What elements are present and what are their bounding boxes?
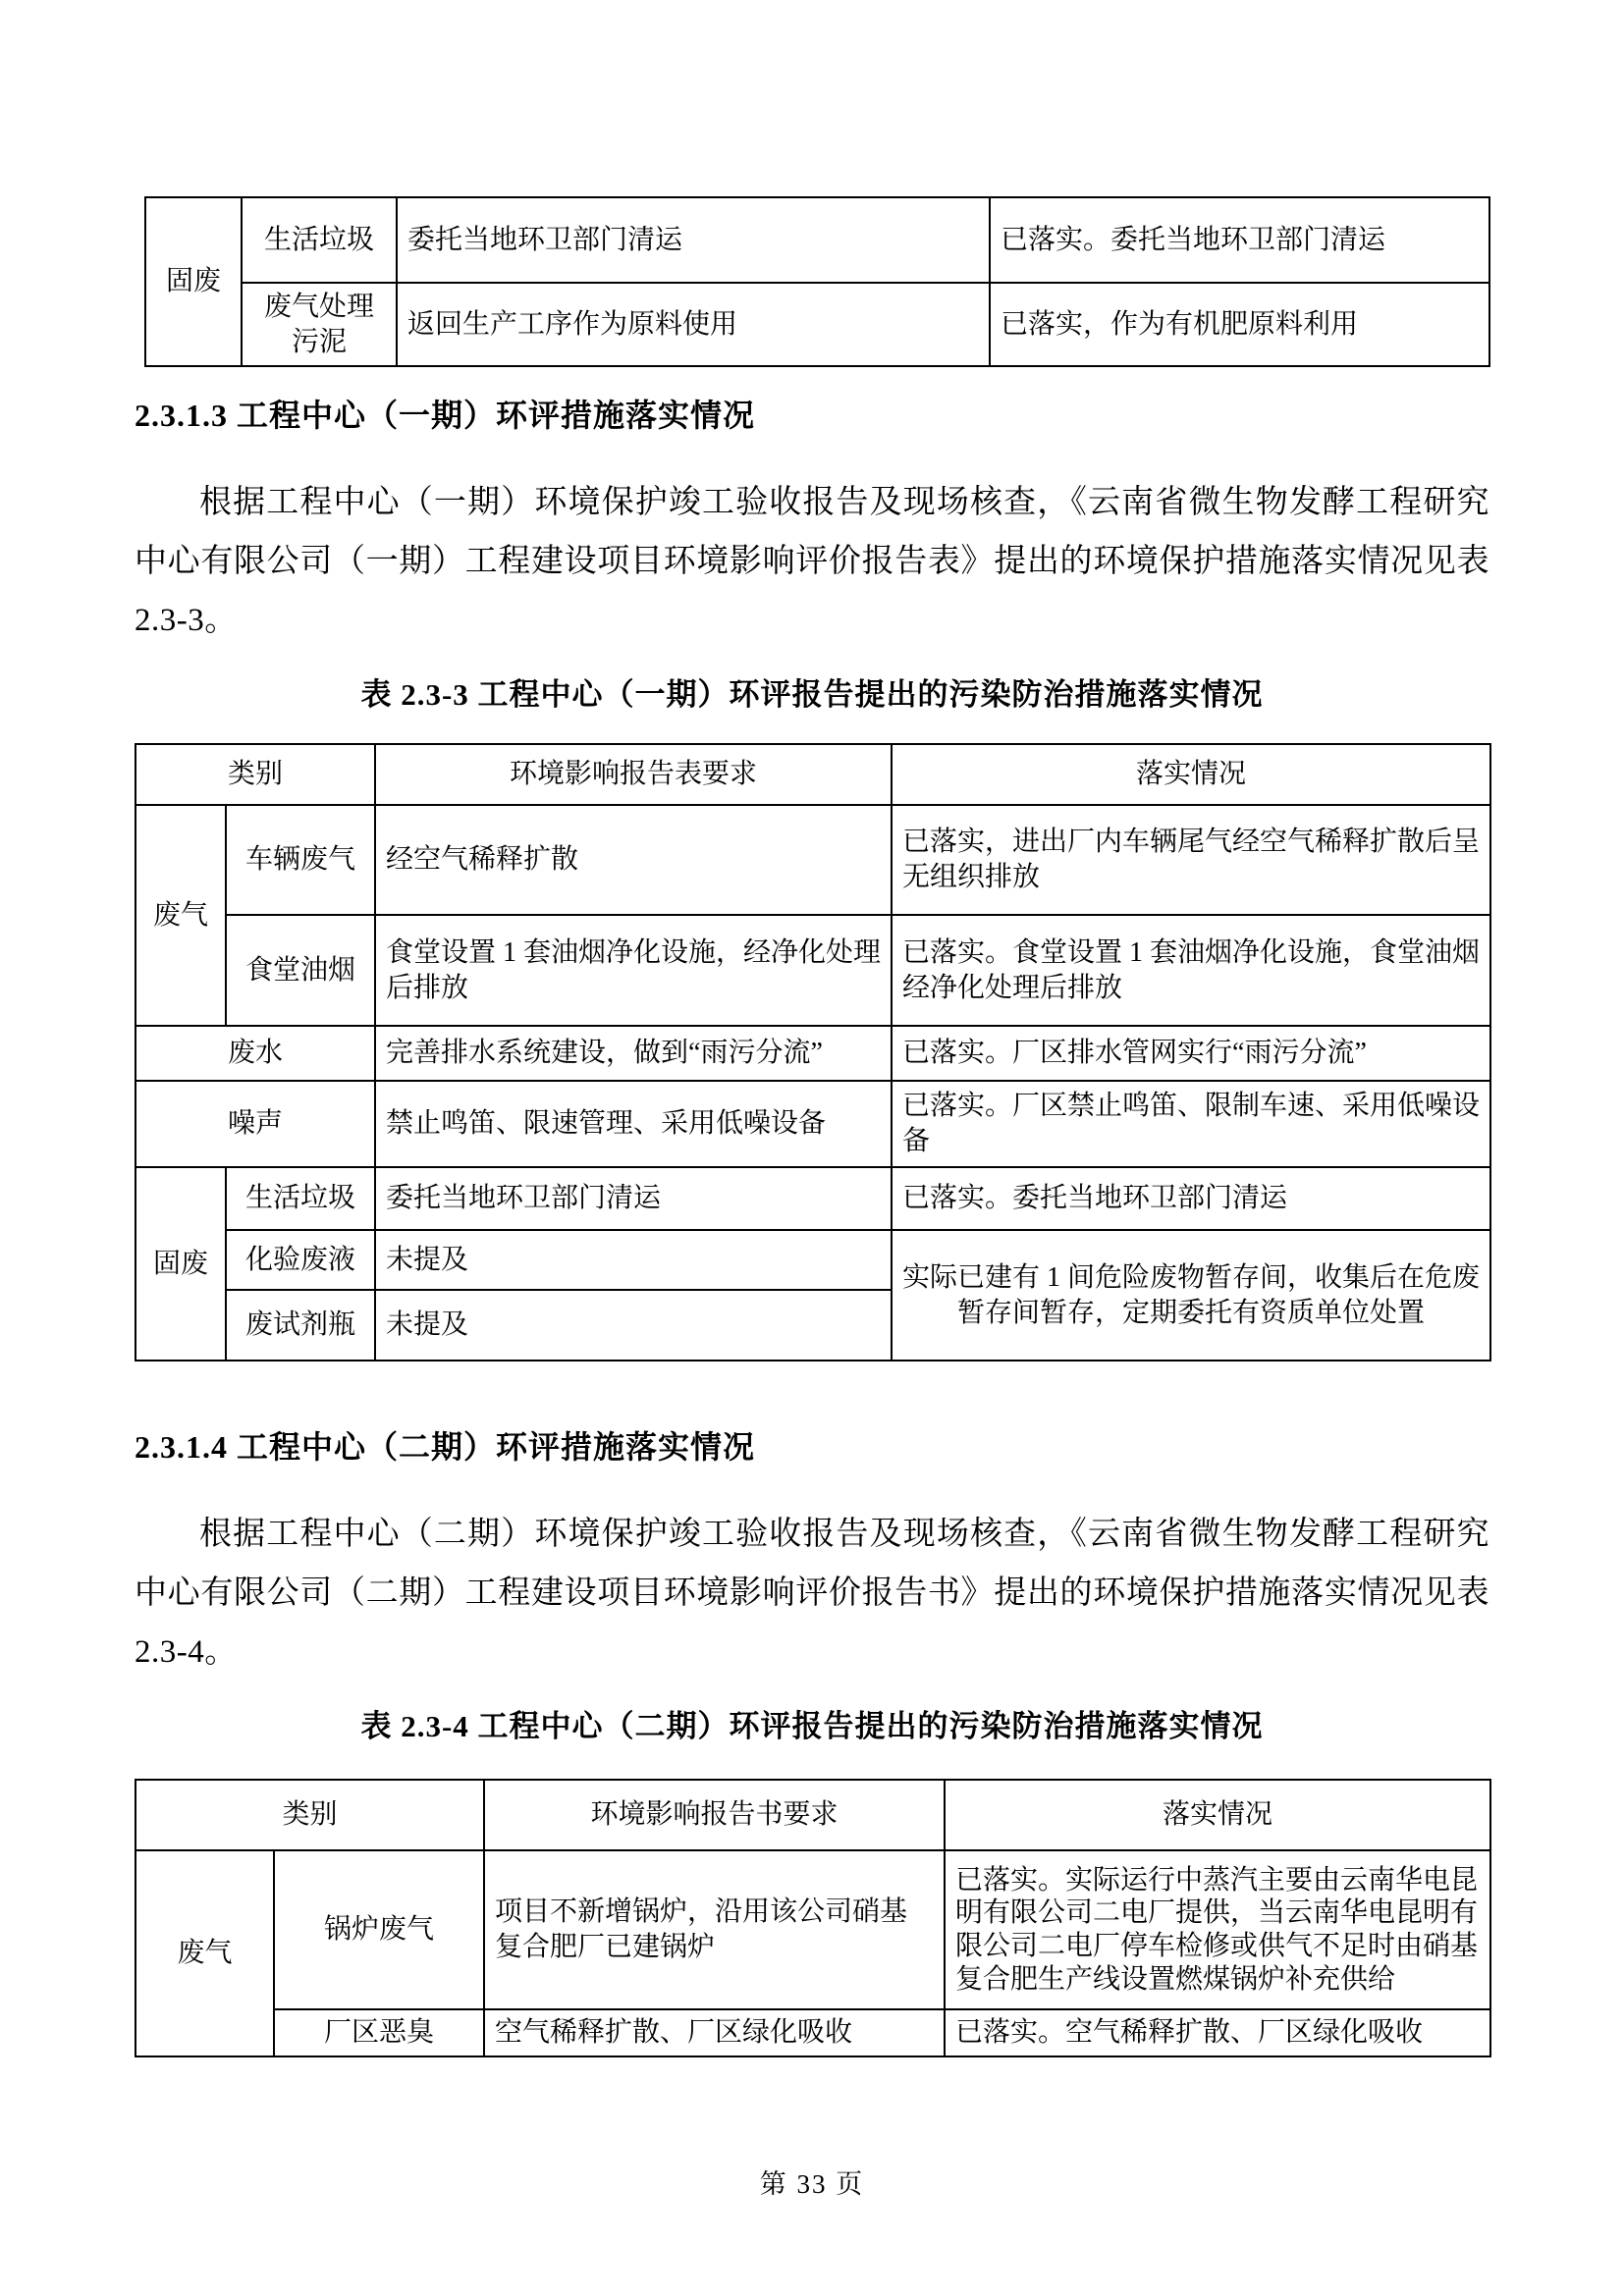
table-2-3-3: 类别 环境影响报告表要求 落实情况 废气 车辆废气 经空气稀释扩散 已落实，进出… [135,743,1491,1362]
merged-status-cell: 实际已建有 1 间危险废物暂存间，收集后在危废暂存间暂存，定期委托有资质单位处置 [892,1230,1490,1361]
requirement-cell: 项目不新增锅炉，沿用该公司硝基复合肥厂已建锅炉 [484,1850,945,2009]
header-status: 落实情况 [892,744,1490,805]
table-row: 固废 生活垃圾 委托当地环卫部门清运 已落实。委托当地环卫部门清运 [135,1167,1490,1230]
category-cell: 固废 [135,1167,226,1361]
section-paragraph: 根据工程中心（二期）环境保护竣工验收报告及现场核查，《云南省微生物发酵工程研究中… [135,1505,1489,1682]
requirement-cell: 委托当地环卫部门清运 [397,197,990,283]
subcategory-cell: 厂区恶臭 [274,2009,484,2056]
status-cell: 已落实，作为有机肥原料利用 [990,283,1489,366]
table-row: 固废 生活垃圾 委托当地环卫部门清运 已落实。委托当地环卫部门清运 [145,197,1489,283]
table-row: 废水 完善排水系统建设，做到“雨污分流” 已落实。厂区排水管网实行“雨污分流” [135,1026,1490,1081]
table-header-row: 类别 环境影响报告书要求 落实情况 [135,1780,1490,1850]
table-row: 噪声 禁止鸣笛、限速管理、采用低噪设备 已落实。厂区禁止鸣笛、限制车速、采用低噪… [135,1081,1490,1167]
requirement-cell: 返回生产工序作为原料使用 [397,283,990,366]
header-requirement: 环境影响报告表要求 [375,744,892,805]
page-content: 固废 生活垃圾 委托当地环卫部门清运 已落实。委托当地环卫部门清运 废气处理污泥… [135,0,1489,2057]
category-cell: 废气 [135,805,226,1026]
header-category: 类别 [135,1780,484,1850]
table-row: 废气 车辆废气 经空气稀释扩散 已落实，进出厂内车辆尾气经空气稀释扩散后呈无组织… [135,805,1490,915]
header-requirement: 环境影响报告书要求 [484,1780,945,1850]
fragment-table: 固废 生活垃圾 委托当地环卫部门清运 已落实。委托当地环卫部门清运 废气处理污泥… [144,196,1490,367]
status-cell: 已落实。空气稀释扩散、厂区绿化吸收 [945,2009,1490,2056]
table-row: 厂区恶臭 空气稀释扩散、厂区绿化吸收 已落实。空气稀释扩散、厂区绿化吸收 [135,2009,1490,2056]
requirement-cell: 完善排水系统建设，做到“雨污分流” [375,1026,892,1081]
requirement-cell: 空气稀释扩散、厂区绿化吸收 [484,2009,945,2056]
header-category: 类别 [135,744,375,805]
status-cell: 已落实。厂区排水管网实行“雨污分流” [892,1026,1490,1081]
table-row: 废气 锅炉废气 项目不新增锅炉，沿用该公司硝基复合肥厂已建锅炉 已落实。实际运行… [135,1850,1490,2009]
requirement-cell: 未提及 [375,1290,892,1361]
status-cell: 已落实。厂区禁止鸣笛、限制车速、采用低噪设备 [892,1081,1490,1167]
subcategory-cell: 车辆废气 [226,805,375,915]
category-cell: 固废 [145,197,242,366]
table-title-2-3-4: 表 2.3-4 工程中心（二期）环评报告提出的污染防治措施落实情况 [135,1701,1489,1745]
subcategory-cell: 食堂油烟 [226,915,375,1026]
subcategory-cell: 废气处理污泥 [242,283,397,366]
page-number: 第 33 页 [0,2163,1624,2201]
table-row: 化验废液 未提及 实际已建有 1 间危险废物暂存间，收集后在危废暂存间暂存，定期… [135,1230,1490,1290]
status-cell: 已落实，进出厂内车辆尾气经空气稀释扩散后呈无组织排放 [892,805,1490,915]
subcategory-cell: 废试剂瓶 [226,1290,375,1361]
header-status: 落实情况 [945,1780,1490,1850]
table-title-2-3-3: 表 2.3-3 工程中心（一期）环评报告提出的污染防治措施落实情况 [135,669,1489,714]
table-row: 食堂油烟 食堂设置 1 套油烟净化设施，经净化处理后排放 已落实。食堂设置 1 … [135,915,1490,1026]
section-heading-2313: 2.3.1.3 工程中心（一期）环评措施落实情况 [135,391,1489,436]
subcategory-cell: 锅炉废气 [274,1850,484,2009]
status-cell: 已落实。委托当地环卫部门清运 [990,197,1489,283]
status-cell: 已落实。食堂设置 1 套油烟净化设施，食堂油烟经净化处理后排放 [892,915,1490,1026]
requirement-cell: 未提及 [375,1230,892,1290]
requirement-cell: 食堂设置 1 套油烟净化设施，经净化处理后排放 [375,915,892,1026]
section-heading-2314: 2.3.1.4 工程中心（二期）环评措施落实情况 [135,1422,1489,1468]
table-2-3-4: 类别 环境影响报告书要求 落实情况 废气 锅炉废气 项目不新增锅炉，沿用该公司硝… [135,1779,1491,2057]
category-cell: 废气 [135,1850,274,2056]
subcategory-cell: 生活垃圾 [226,1167,375,1230]
status-cell: 已落实。实际运行中蒸汽主要由云南华电昆明有限公司二电厂提供，当云南华电昆明有限公… [945,1850,1490,2009]
requirement-cell: 委托当地环卫部门清运 [375,1167,892,1230]
table-row: 废气处理污泥 返回生产工序作为原料使用 已落实，作为有机肥原料利用 [145,283,1489,366]
subcategory-cell: 生活垃圾 [242,197,397,283]
requirement-cell: 禁止鸣笛、限速管理、采用低噪设备 [375,1081,892,1167]
section-paragraph: 根据工程中心（一期）环境保护竣工验收报告及现场核查，《云南省微生物发酵工程研究中… [135,473,1489,650]
requirement-cell: 经空气稀释扩散 [375,805,892,915]
table-header-row: 类别 环境影响报告表要求 落实情况 [135,744,1490,805]
status-cell: 已落实。委托当地环卫部门清运 [892,1167,1490,1230]
category-cell: 废水 [135,1026,375,1081]
document-page: 固废 生活垃圾 委托当地环卫部门清运 已落实。委托当地环卫部门清运 废气处理污泥… [0,0,1624,2296]
category-cell: 噪声 [135,1081,375,1167]
subcategory-cell: 化验废液 [226,1230,375,1290]
